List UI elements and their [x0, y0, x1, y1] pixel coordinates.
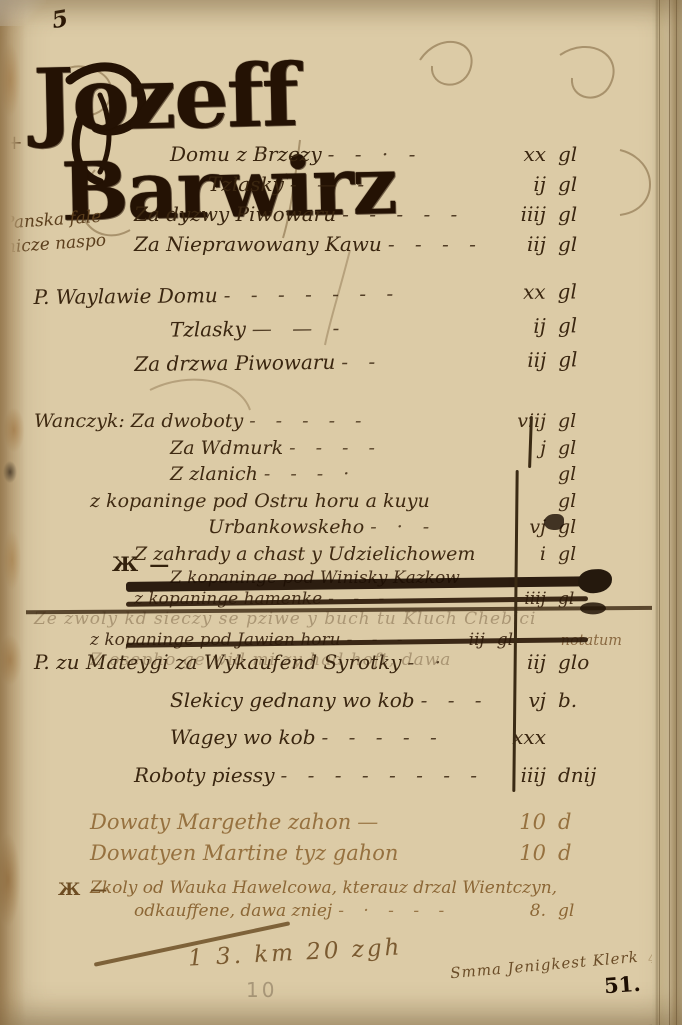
ledger-row: z kopaninge pod Jawien horu - - - iij gl…	[30, 630, 622, 651]
ledger-row: Za Wdmurk - - - - j gl	[30, 437, 622, 464]
page-edge-line	[659, 0, 661, 1025]
row-unit: gl	[546, 232, 616, 256]
ledger-section-later-additions: Dowaty Margethe zahon — 10 d Dowatyen Ma…	[30, 810, 622, 872]
ledger-row: Domu z Brzezy - - · - xx gl	[30, 142, 622, 172]
row-unit: gl	[546, 410, 616, 432]
row-leader: - ·	[402, 650, 492, 674]
row-leader: - -	[335, 348, 492, 374]
row-label: z kopaninge pod Ostru horu a kuyu	[30, 490, 430, 512]
ledger-row: z kopaninge pod Ostru horu a kuyu gl	[30, 490, 622, 517]
row-label: Dowatyen Martine tyz gahon	[30, 841, 398, 865]
ledger-section-duties: P. zu Mateygi za Wykaufend Syrotky - · i…	[30, 650, 622, 800]
row-leader: - - - - -	[316, 725, 492, 749]
row-label: P. zu Mateygi za Wykaufend Syrotky	[30, 650, 402, 674]
row-unit: gl	[546, 490, 616, 512]
row-label: odkauffene, dawa zniej	[30, 901, 332, 921]
row-leader: - - -	[415, 688, 492, 712]
page-edge-line	[676, 0, 678, 1025]
row-unit: gl	[546, 202, 616, 226]
row-amount: 10	[492, 810, 546, 834]
row-amount: iij	[492, 232, 546, 256]
row-leader: —	[351, 810, 492, 834]
row-label: Urbankowskeho	[30, 516, 364, 538]
row-label: P. Waylawie Domu	[29, 283, 217, 309]
row-amount: xx	[491, 280, 545, 305]
row-leader: - · - - -	[332, 901, 492, 921]
ledger-row: Za Nieprawowany Kawu - - - - iij gl	[30, 232, 622, 262]
row-amount: 10	[492, 841, 546, 865]
ledger-row: Wanczyk: Za dwoboty - - - - - viij gl	[30, 410, 622, 437]
page-edge-line	[669, 0, 671, 1025]
row-unit: b.	[546, 688, 616, 712]
row-label: Z zahrady a chast y Udzielichowem	[30, 543, 475, 565]
row-unit: gl	[546, 142, 616, 166]
row-amount: xx	[492, 142, 546, 166]
ledger-row: Dowatyen Martine tyz gahon 10 d	[30, 841, 622, 872]
row-unit: d	[546, 810, 616, 834]
ledger-row: Wagey wo kob - - - - - xxx	[30, 725, 622, 763]
row-unit: gl	[546, 172, 616, 196]
row-unit: gl	[546, 543, 616, 565]
ledger-row: Za dyzwy Piwowaru - - - - - iiij gl	[30, 202, 622, 232]
row-leader: - — -	[284, 172, 492, 196]
row-unit: gl	[546, 516, 616, 538]
archive-stamp-number: 10	[246, 978, 277, 1002]
row-unit: gl	[545, 279, 615, 304]
row-leader: - - - -	[382, 232, 492, 256]
row-leader: - - - -	[283, 437, 492, 459]
row-amount: i	[492, 543, 546, 565]
page-corner-highlight	[0, 0, 46, 26]
ledger-row: Dowaty Margethe zahon — 10 d	[30, 810, 622, 841]
ledger-row: Zkoly od Wauka Hawelcowa, kterauz drzal …	[30, 878, 622, 901]
manuscript-photo: 5 + JozeffBarwirz Panska fale nicze nasp…	[0, 0, 682, 1025]
ledger-row: Roboty piessy - - - - - - - - iiij dnij	[30, 763, 622, 801]
ledger-section-waylaw: P. Waylawie Domu - - - - - - - xx gl Tzl…	[29, 279, 622, 387]
row-unit: gl	[546, 347, 616, 372]
row-label: Slekicy gednany wo kob	[30, 688, 415, 712]
row-unit: glo	[546, 650, 616, 674]
page-number: 5	[50, 5, 70, 34]
ledger-row: Urbankowskeho - · - vj gl	[30, 516, 622, 543]
binding-edge	[0, 0, 26, 1025]
row-unit: gl	[546, 437, 616, 459]
row-leader: - · -	[364, 516, 492, 538]
row-amount: xxx	[492, 725, 546, 749]
row-label: Za Wdmurk	[30, 437, 283, 459]
ledger-row: Tzlasky - — - ij gl	[30, 172, 622, 202]
row-amount: iiij	[492, 763, 546, 787]
book-fore-edge	[652, 0, 682, 1025]
row-unit: gl	[546, 901, 616, 921]
asterisk-mark-2: Ж —	[58, 880, 109, 900]
row-unit: gl	[546, 313, 616, 338]
row-label: Domu z Brzezy	[30, 142, 322, 166]
ledger-row: Z zlanich - - - · gl	[30, 463, 622, 490]
ledger-section-house: Domu z Brzezy - - · - xx gl Tzlasky - — …	[30, 142, 622, 262]
row-leader: - - - - - - -	[218, 280, 492, 307]
ledger-row: Slekicy gednany wo kob - - - vj b.	[30, 688, 622, 726]
row-leader: - - - - -	[336, 202, 492, 226]
folio-number-bold: 51.	[603, 971, 641, 998]
row-amount: iiij	[492, 202, 546, 226]
row-leader: — — -	[246, 314, 492, 341]
row-label: Dowaty Margethe zahon	[30, 810, 351, 834]
row-amount: iij	[492, 650, 546, 674]
row-label: Za Nieprawowany Kawu	[30, 232, 382, 256]
asterisk-mark-1: Ж —	[112, 552, 171, 576]
row-amount: vj	[492, 688, 546, 712]
row-label: Tzlasky	[30, 317, 246, 343]
row-amount: j	[492, 437, 546, 459]
row-leader: - - · -	[322, 142, 492, 166]
ledger-section-footnote: Zkoly od Wauka Hawelcowa, kterauz drzal …	[30, 878, 622, 924]
ledger-section-fields: Wanczyk: Za dwoboty - - - - - viij gl Za…	[30, 410, 622, 569]
row-leader: - - - - -	[243, 410, 492, 432]
row-label: Tzlasky	[30, 172, 284, 196]
row-leader: - - - - - - - -	[275, 763, 493, 787]
row-label: Z zlanich	[30, 463, 258, 485]
row-label: Wagey wo kob	[30, 725, 316, 749]
row-amount: ij	[492, 314, 546, 339]
row-amount: vj	[492, 516, 546, 538]
row-unit: d	[546, 841, 616, 865]
row-unit: dnij	[546, 763, 616, 787]
row-unit: gl	[546, 463, 616, 485]
ledger-row: odkauffene, dawa zniej - · - - - 8. gl	[30, 901, 622, 924]
row-amount: iij	[492, 348, 546, 373]
manuscript-page: 5 + JozeffBarwirz Panska fale nicze nasp…	[0, 0, 682, 1025]
row-amount: viij	[492, 410, 546, 432]
ledger-row: Za drzwa Piwowaru - - iij gl	[30, 347, 622, 387]
row-label: Roboty piessy	[30, 763, 275, 787]
row-leader: - - - ·	[258, 463, 492, 485]
row-label: Za dyzwy Piwowaru	[30, 202, 336, 226]
title-word-1: Jozeff	[32, 45, 298, 151]
row-label: Wanczyk: Za dwoboty	[30, 410, 243, 432]
row-amount: ij	[492, 172, 546, 196]
row-label: Za drzwa Piwowaru	[30, 350, 335, 377]
ledger-row: P. zu Mateygi za Wykaufend Syrotky - · i…	[30, 650, 622, 688]
row-amount: 8.	[492, 901, 546, 921]
